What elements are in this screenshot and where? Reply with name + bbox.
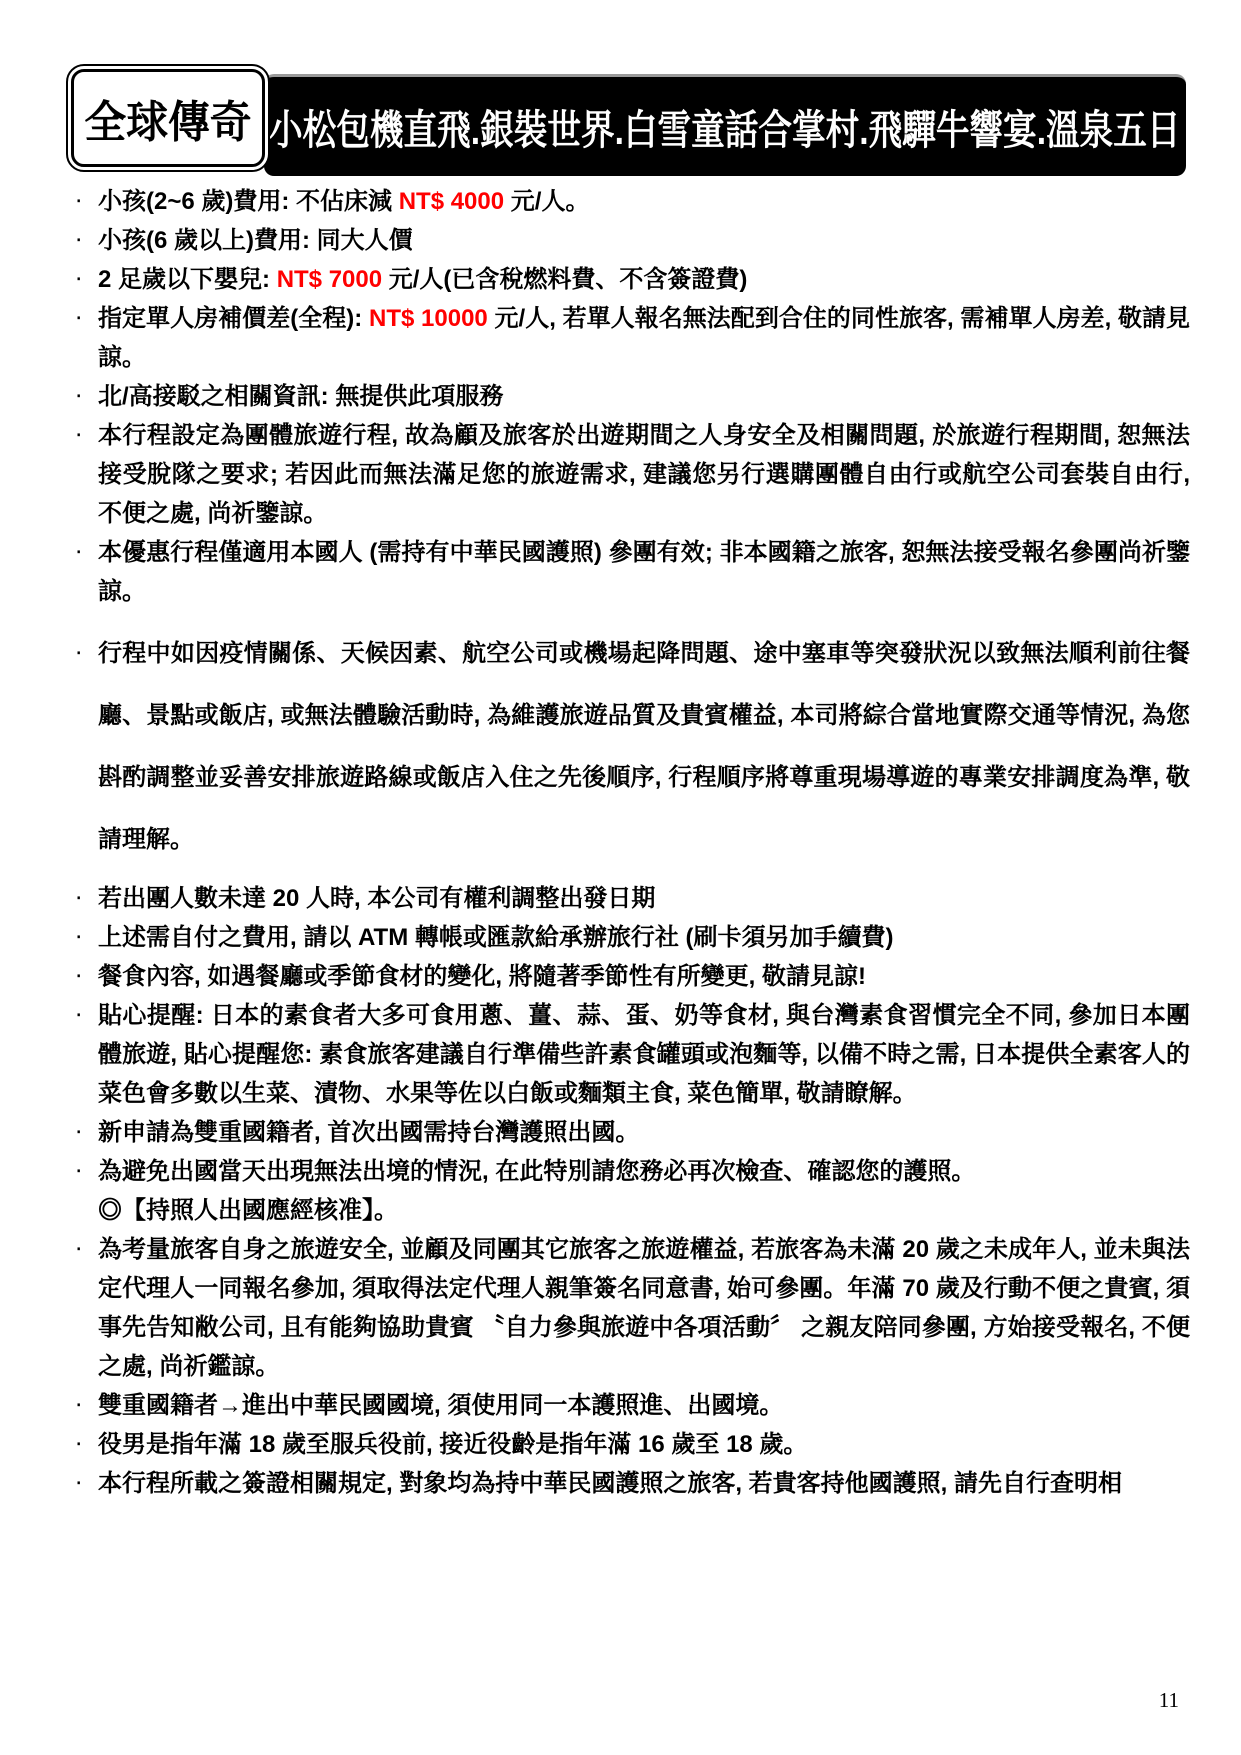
text-segment: 役男是指年滿 18 歲至服兵役前, 接近役齡是指年滿 16 歲至 18 歲。	[98, 1431, 807, 1458]
text-segment: 2 足歲以下嬰兒:	[98, 266, 277, 293]
bullet-text: 本行程所載之簽證相關規定, 對象均為持中華民國護照之旅客, 若貴客持他國護照, …	[98, 1464, 1190, 1503]
list-item: ‧若出團人數未達 20 人時, 本公司有權利調整出發日期	[74, 879, 1190, 918]
note-line: ◎【持照人出國應經核准】。	[98, 1191, 1190, 1230]
bullet-marker-icon: ‧	[74, 1386, 98, 1425]
list-item: ‧本行程設定為團體旅遊行程, 故為顧及旅客於出遊期間之人身安全及相關問題, 於旅…	[74, 416, 1190, 533]
brand-logo-text: 全球傳奇	[84, 86, 251, 150]
bullet-text: 小孩(2~6 歲)費用: 不佔床減 NT$ 4000 元/人。	[98, 182, 1190, 221]
bullet-marker-icon: ‧	[74, 182, 98, 221]
list-item: ‧本優惠行程僅適用本國人 (需持有中華民國護照) 參團有效; 非本國籍之旅客, …	[74, 533, 1190, 611]
text-segment: 新申請為雙重國籍者, 首次出國需持台灣護照出國。	[98, 1119, 639, 1146]
text-segment: 本優惠行程僅適用本國人 (需持有中華民國護照) 參團有效; 非本國籍之旅客, 恕…	[98, 539, 1190, 605]
bullet-marker-icon: ‧	[74, 957, 98, 996]
bullet-marker-icon: ‧	[74, 1425, 98, 1464]
bullet-marker-icon: ‧	[74, 879, 98, 918]
list-item: ‧為避免出國當天出現無法出境的情況, 在此特別請您務必再次檢查、確認您的護照。◎…	[74, 1152, 1190, 1230]
bullet-text: 為避免出國當天出現無法出境的情況, 在此特別請您務必再次檢查、確認您的護照。◎【…	[98, 1152, 1190, 1230]
tour-title-banner: 小松包機直飛.銀裝世界.白雪童話合掌村.飛驒牛響宴.溫泉五日	[264, 74, 1186, 176]
text-segment: 為考量旅客自身之旅遊安全, 並顧及同團其它旅客之旅遊權益, 若旅客為未滿 20 …	[98, 1236, 1190, 1380]
price-highlight: NT$ 7000	[277, 266, 382, 293]
list-item: ‧北/高接駁之相關資訊: 無提供此項服務	[74, 377, 1190, 416]
bullet-marker-icon: ‧	[74, 533, 98, 572]
text-segment: 本行程所載之簽證相關規定, 對象均為持中華民國護照之旅客, 若貴客持他國護照, …	[98, 1470, 1122, 1497]
brand-logo-frame: 全球傳奇	[71, 69, 265, 167]
bullet-text: 雙重國籍者→進出中華民國國境, 須使用同一本護照進、出國境。	[98, 1386, 1190, 1425]
list-item: ‧雙重國籍者→進出中華民國國境, 須使用同一本護照進、出國境。	[74, 1386, 1190, 1425]
text-segment: 元/人(已含稅燃料費、不含簽證費)	[382, 266, 747, 293]
bullet-marker-icon: ‧	[74, 1113, 98, 1152]
bullet-marker-icon: ‧	[74, 221, 98, 260]
list-item: ‧為考量旅客自身之旅遊安全, 並顧及同團其它旅客之旅遊權益, 若旅客為未滿 20…	[74, 1230, 1190, 1386]
text-segment: 小孩(6 歲以上)費用: 同大人價	[98, 227, 413, 254]
price-highlight: NT$ 10000	[369, 305, 488, 332]
bullet-text: 本優惠行程僅適用本國人 (需持有中華民國護照) 參團有效; 非本國籍之旅客, 恕…	[98, 533, 1190, 611]
bullet-text: 本行程設定為團體旅遊行程, 故為顧及旅客於出遊期間之人身安全及相關問題, 於旅遊…	[98, 416, 1190, 533]
list-item: ‧行程中如因疫情關係、天候因素、航空公司或機場起降問題、途中塞車等突發狀況以致無…	[74, 623, 1190, 871]
terms-list: ‧小孩(2~6 歲)費用: 不佔床減 NT$ 4000 元/人。‧小孩(6 歲以…	[74, 182, 1190, 1503]
bullet-text: 若出團人數未達 20 人時, 本公司有權利調整出發日期	[98, 879, 1190, 918]
bullet-marker-icon: ‧	[74, 918, 98, 957]
list-item: ‧本行程所載之簽證相關規定, 對象均為持中華民國護照之旅客, 若貴客持他國護照,…	[74, 1464, 1190, 1503]
list-item: ‧上述需自付之費用, 請以 ATM 轉帳或匯款給承辦旅行社 (刷卡須另加手續費)	[74, 918, 1190, 957]
page-header: 小松包機直飛.銀裝世界.白雪童話合掌村.飛驒牛響宴.溫泉五日 全球傳奇	[66, 64, 1186, 178]
bullet-marker-icon: ‧	[74, 416, 98, 455]
list-item: ‧小孩(2~6 歲)費用: 不佔床減 NT$ 4000 元/人。	[74, 182, 1190, 221]
text-segment: 元/人。	[504, 188, 589, 215]
bullet-marker-icon: ‧	[74, 260, 98, 299]
text-segment: 貼心提醒: 日本的素食者大多可食用蔥、薑、蒜、蛋、奶等食材, 與台灣素食習慣完全…	[98, 1002, 1190, 1107]
bullet-text: 新申請為雙重國籍者, 首次出國需持台灣護照出國。	[98, 1113, 1190, 1152]
text-segment: 上述需自付之費用, 請以 ATM 轉帳或匯款給承辦旅行社 (刷卡須另加手續費)	[98, 924, 894, 951]
bullet-marker-icon: ‧	[74, 1152, 98, 1191]
text-segment: 雙重國籍者→進出中華民國國境, 須使用同一本護照進、出國境。	[98, 1392, 783, 1419]
bullet-text: 餐食內容, 如遇餐廳或季節食材的變化, 將隨著季節性有所變更, 敬請見諒!	[98, 957, 1190, 996]
bullet-text: 2 足歲以下嬰兒: NT$ 7000 元/人(已含稅燃料費、不含簽證費)	[98, 260, 1190, 299]
list-item: ‧貼心提醒: 日本的素食者大多可食用蔥、薑、蒜、蛋、奶等食材, 與台灣素食習慣完…	[74, 996, 1190, 1113]
list-item: ‧新申請為雙重國籍者, 首次出國需持台灣護照出國。	[74, 1113, 1190, 1152]
text-segment: 餐食內容, 如遇餐廳或季節食材的變化, 將隨著季節性有所變更, 敬請見諒!	[98, 963, 866, 990]
tour-title: 小松包機直飛.銀裝世界.白雪童話合掌村.飛驒牛響宴.溫泉五日	[269, 97, 1180, 156]
document-page: 小松包機直飛.銀裝世界.白雪童話合掌村.飛驒牛響宴.溫泉五日 全球傳奇 ‧小孩(…	[0, 0, 1241, 1755]
list-item: ‧役男是指年滿 18 歲至服兵役前, 接近役齡是指年滿 16 歲至 18 歲。	[74, 1425, 1190, 1464]
bullet-text: 指定單人房補價差(全程): NT$ 10000 元/人, 若單人報名無法配到合住…	[98, 299, 1190, 377]
bullet-text: 貼心提醒: 日本的素食者大多可食用蔥、薑、蒜、蛋、奶等食材, 與台灣素食習慣完全…	[98, 996, 1190, 1113]
bullet-marker-icon: ‧	[74, 1230, 98, 1269]
bullet-text: 上述需自付之費用, 請以 ATM 轉帳或匯款給承辦旅行社 (刷卡須另加手續費)	[98, 918, 1190, 957]
bullet-text: 小孩(6 歲以上)費用: 同大人價	[98, 221, 1190, 260]
list-item: ‧小孩(6 歲以上)費用: 同大人價	[74, 221, 1190, 260]
bullet-text: 為考量旅客自身之旅遊安全, 並顧及同團其它旅客之旅遊權益, 若旅客為未滿 20 …	[98, 1230, 1190, 1386]
bullet-marker-icon: ‧	[74, 996, 98, 1035]
price-highlight: NT$ 4000	[399, 188, 504, 215]
page-number: 11	[1159, 1688, 1179, 1713]
list-item: ‧餐食內容, 如遇餐廳或季節食材的變化, 將隨著季節性有所變更, 敬請見諒!	[74, 957, 1190, 996]
bullet-marker-icon: ‧	[74, 377, 98, 416]
text-segment: 本行程設定為團體旅遊行程, 故為顧及旅客於出遊期間之人身安全及相關問題, 於旅遊…	[98, 422, 1190, 527]
text-segment: 小孩(2~6 歲)費用: 不佔床減	[98, 188, 399, 215]
bullet-text: 行程中如因疫情關係、天候因素、航空公司或機場起降問題、途中塞車等突發狀況以致無法…	[98, 623, 1190, 871]
text-segment: 若出團人數未達 20 人時, 本公司有權利調整出發日期	[98, 885, 655, 912]
text-segment: 北/高接駁之相關資訊: 無提供此項服務	[98, 383, 503, 410]
bullet-text: 役男是指年滿 18 歲至服兵役前, 接近役齡是指年滿 16 歲至 18 歲。	[98, 1425, 1190, 1464]
bullet-text: 北/高接駁之相關資訊: 無提供此項服務	[98, 377, 1190, 416]
list-item: ‧2 足歲以下嬰兒: NT$ 7000 元/人(已含稅燃料費、不含簽證費)	[74, 260, 1190, 299]
text-segment: 行程中如因疫情關係、天候因素、航空公司或機場起降問題、途中塞車等突發狀況以致無法…	[98, 640, 1190, 853]
text-segment: 為避免出國當天出現無法出境的情況, 在此特別請您務必再次檢查、確認您的護照。	[98, 1158, 975, 1185]
brand-logo: 全球傳奇	[66, 64, 270, 172]
list-item: ‧指定單人房補價差(全程): NT$ 10000 元/人, 若單人報名無法配到合…	[74, 299, 1190, 377]
bullet-marker-icon: ‧	[74, 299, 98, 338]
bullet-marker-icon: ‧	[74, 623, 98, 685]
text-segment: 指定單人房補價差(全程):	[98, 305, 369, 332]
bullet-marker-icon: ‧	[74, 1464, 98, 1503]
